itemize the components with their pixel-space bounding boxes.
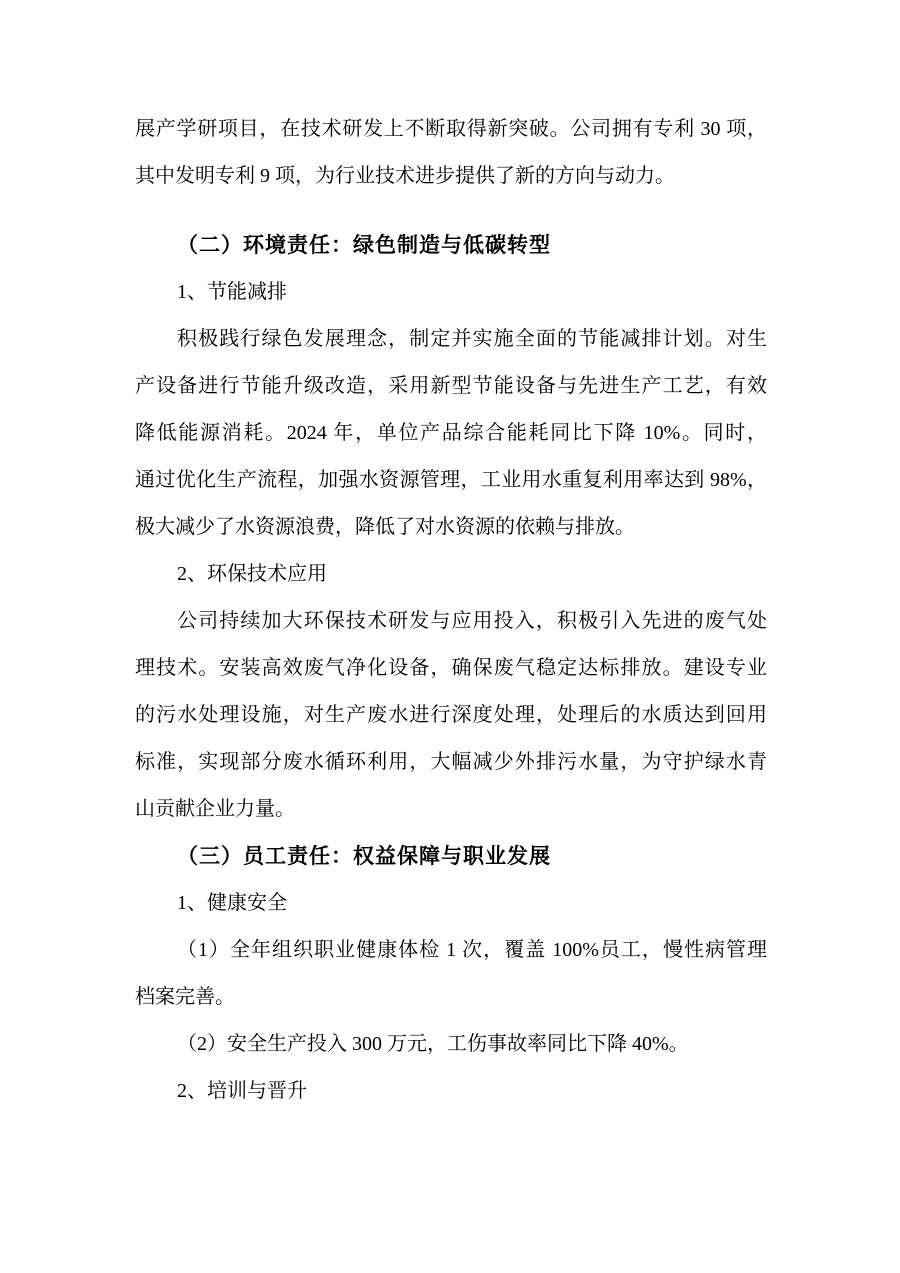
paragraph-line: 档案完善。	[135, 974, 767, 1021]
subheading-environmental-technology: 2、环保技术应用	[135, 551, 767, 598]
paragraph-line: （1）全年组织职业健康体检 1 次，覆盖 100%员工，慢性病管理	[135, 927, 767, 974]
section-heading-environment: （二）环境责任：绿色制造与低碳转型	[135, 222, 767, 269]
paragraph-line: 标准，实现部分废水循环利用，大幅减少外排污水量，为守护绿水青	[135, 739, 767, 786]
paragraph-line: 通过优化生产流程，加强水资源管理，工业用水重复利用率达到 98%，	[135, 457, 767, 504]
paragraph-line: 产设备进行节能升级改造，采用新型节能设备与先进生产工艺，有效	[135, 363, 767, 410]
document-page: 展产学研项目，在技术研发上不断取得新突破。公司拥有专利 30 项， 其中发明专利…	[0, 0, 900, 1273]
paragraph-line: 山贡献企业力量。	[135, 786, 767, 833]
paragraph-line: 的污水处理设施，对生产废水进行深度处理，处理后的水质达到回用	[135, 692, 767, 739]
paragraph-line: 展产学研项目，在技术研发上不断取得新突破。公司拥有专利 30 项，	[135, 106, 767, 153]
paragraph-line: 公司持续加大环保技术研发与应用投入，积极引入先进的废气处	[135, 598, 767, 645]
subheading-energy-saving: 1、节能减排	[135, 269, 767, 316]
document-content: 展产学研项目，在技术研发上不断取得新突破。公司拥有专利 30 项， 其中发明专利…	[135, 106, 767, 1115]
subheading-health-safety: 1、健康安全	[135, 880, 767, 927]
paragraph-line: 降低能源消耗。2024 年，单位产品综合能耗同比下降 10%。同时，	[135, 410, 767, 457]
paragraph-line: 其中发明专利 9 项，为行业技术进步提供了新的方向与动力。	[135, 153, 767, 200]
paragraph-line: 极大减少了水资源浪费，降低了对水资源的依赖与排放。	[135, 504, 767, 551]
paragraph-line: （2）安全生产投入 300 万元，工伤事故率同比下降 40%。	[135, 1021, 767, 1068]
paragraph-line: 积极践行绿色发展理念，制定并实施全面的节能减排计划。对生	[135, 316, 767, 363]
section-heading-employees: （三）员工责任：权益保障与职业发展	[135, 833, 767, 880]
subheading-training-promotion: 2、培训与晋升	[135, 1068, 767, 1115]
paragraph-line: 理技术。安装高效废气净化设备，确保废气稳定达标排放。建设专业	[135, 645, 767, 692]
